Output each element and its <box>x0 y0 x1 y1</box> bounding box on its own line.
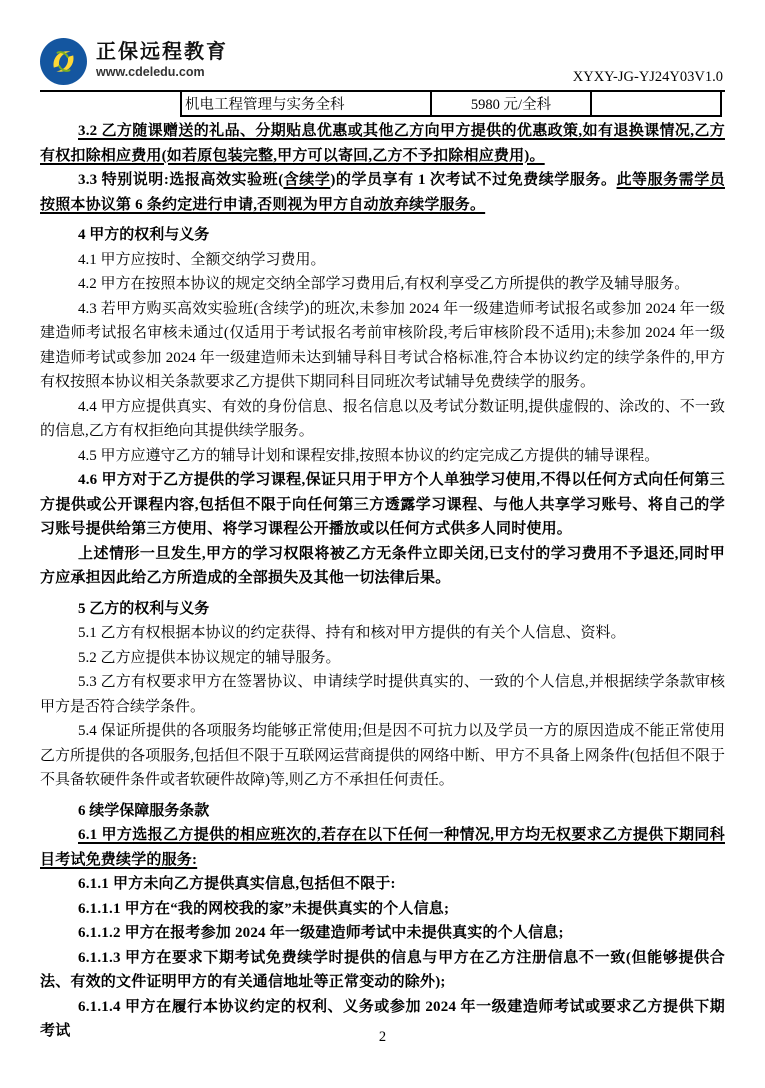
contract-document-page: 正保远程教育 www.cdeledu.com XYXY-JG-YJ24Y03V1… <box>0 0 765 1088</box>
clause-4-5: 4.5 甲方应遵守乙方的辅导计划和课程安排,按照本协议的约定完成乙方提供的辅导课… <box>40 444 725 469</box>
clause-4-2: 4.2 甲方在按照本协议的规定交纳全部学习费用后,有权利享受乙方所提供的教学及辅… <box>40 272 725 297</box>
contract-body: 3.2 乙方随课赠送的礼品、分期贴息优惠或其他乙方向甲方提供的优惠政策,如有退换… <box>0 117 765 1044</box>
brand-text: 正保远程教育 www.cdeledu.com <box>96 38 228 80</box>
document-header: 正保远程教育 www.cdeledu.com XYXY-JG-YJ24Y03V1… <box>0 0 765 90</box>
page-number: 2 <box>0 1029 765 1046</box>
clause-5-2: 5.2 乙方应提供本协议规定的辅导服务。 <box>40 646 725 671</box>
clause-6-1: 6.1 甲方选报乙方提供的相应班次的,若存在以下任何一种情况,甲方均无权要求乙方… <box>40 823 725 872</box>
document-code: XYXY-JG-YJ24Y03V1.0 <box>573 69 723 86</box>
clause-3-2: 3.2 乙方随课赠送的礼品、分期贴息优惠或其他乙方向甲方提供的优惠政策,如有退换… <box>40 119 725 168</box>
brand-url: www.cdeledu.com <box>96 64 228 80</box>
section-heading-5: 5 乙方的权利与义务 <box>40 597 725 622</box>
clause-3-3-text: 3.3 特别说明:选报高效实验班( <box>78 172 283 188</box>
clause-4-1: 4.1 甲方应按时、全额交纳学习费用。 <box>40 248 725 273</box>
clause-4-6: 4.6 甲方对于乙方提供的学习课程,保证只用于甲方个人单独学习使用,不得以任何方… <box>40 468 725 542</box>
clause-6-1-1-1: 6.1.1.1 甲方在“我的网校我的家”未提供真实的个人信息; <box>40 897 725 922</box>
clause-5-1: 5.1 乙方有权根据本协议的约定获得、持有和核对甲方提供的有关个人信息、资料。 <box>40 621 725 646</box>
clause-5-3: 5.3 乙方有权要求甲方在签署协议、申请续学时提供真实的、一致的个人信息,并根据… <box>40 670 725 719</box>
brand-name: 正保远程教育 <box>96 40 228 64</box>
section-heading-4: 4 甲方的权利与义务 <box>40 223 725 248</box>
course-price-cell: 5980 元/全科 <box>432 92 592 115</box>
clause-6-1-1: 6.1.1 甲方未向乙方提供真实信息,包括但不限于: <box>40 872 725 897</box>
course-empty-cell <box>592 92 722 115</box>
clause-6-1-1-3: 6.1.1.3 甲方在要求下期考试免费续学时提供的信息与甲方在乙方注册信息不一致… <box>40 946 725 995</box>
clause-4-3: 4.3 若甲方购买高效实验班(含续学)的班次,未参加 2024 年一级建造师考试… <box>40 297 725 395</box>
section-heading-6: 6 续学保障服务条款 <box>40 799 725 824</box>
clause-4-4: 4.4 甲方应提供真实、有效的身份信息、报名信息以及考试分数证明,提供虚假的、涂… <box>40 395 725 444</box>
clause-3-3: 3.3 特别说明:选报高效实验班(含续学)的学员享有 1 次考试不过免费续学服务… <box>40 168 725 217</box>
course-name-cell: 机电工程管理与实务全科 <box>182 92 432 115</box>
clause-6-1-1-2: 6.1.1.2 甲方在报考参加 2024 年一级建造师考试中未提供真实的个人信息… <box>40 921 725 946</box>
clause-5-4: 5.4 保证所提供的各项服务均能够正常使用;但是因不可抗力以及学员一方的原因造成… <box>40 719 725 793</box>
clause-3-3-underlined-term: 含续学 <box>283 172 330 188</box>
clause-4-6-note: 上述情形一旦发生,甲方的学习权限将被乙方无条件立即关闭,已支付的学习费用不予退还… <box>40 542 725 591</box>
cdeledu-logo-icon <box>40 38 87 85</box>
clause-3-3-text-2: )的学员享有 1 次考试不过免费续学服务。 <box>330 172 616 188</box>
course-table-row: 机电工程管理与实务全科 5980 元/全科 <box>180 92 722 117</box>
